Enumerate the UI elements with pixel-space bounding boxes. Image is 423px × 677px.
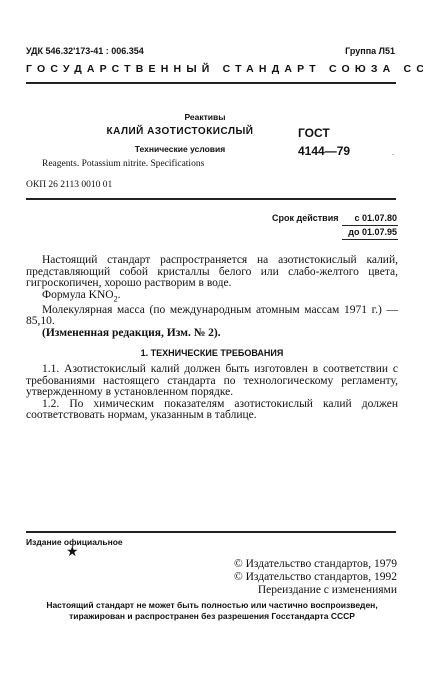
header-divider: [26, 82, 396, 84]
reproduction-notice: Настоящий стандарт не может быть полност…: [26, 600, 398, 622]
footer-divider: [26, 531, 396, 533]
document-subtitle: Технические условия: [90, 144, 270, 154]
validity-rule: [342, 225, 398, 226]
validity-label: Срок действия: [272, 213, 338, 223]
intro-block: Настоящий стандарт распространяется на а…: [26, 255, 398, 339]
validity-to: до 01.07.95: [342, 227, 397, 237]
document-title: КАЛИЙ АЗОТИСТОКИСЛЫЙ: [82, 126, 278, 137]
gost-number: 4144—79: [298, 144, 350, 158]
clause-1-1: 1.1. Азотистокислый калий должен быть из…: [26, 364, 398, 399]
copyright-1992: © Издательство стандартов, 1992: [137, 571, 397, 584]
standard-banner: ГОСУДАРСТВЕННЫЙ СТАНДАРТ СОЮЗА ССР: [26, 63, 398, 75]
group-code: Группа Л51: [345, 46, 395, 56]
validity-rule-bottom: [342, 239, 398, 240]
star-icon: ★: [66, 544, 79, 561]
clause-1-2: 1.2. По химическим показателям азотисток…: [26, 399, 398, 422]
udk-code: УДК 546.32'173-41 : 006.354: [26, 46, 144, 56]
scan-mark: -: [392, 150, 394, 158]
notice-line-2: тиражирован и распространен без разрешен…: [26, 611, 398, 622]
title-divider: [26, 198, 396, 200]
section-body: 1.1. Азотистокислый калий должен быть из…: [26, 364, 398, 422]
formula-line: Формула KNO2.: [26, 290, 398, 305]
molecular-mass: Молекулярная масса (по международным ато…: [26, 305, 398, 328]
english-title: Reagents. Potassium nitrite. Specificati…: [42, 159, 204, 169]
validity-from: с 01.07.80: [342, 213, 397, 223]
notice-line-1: Настоящий стандарт не может быть полност…: [26, 600, 398, 611]
reissue-note: Переиздание с изменениями: [137, 584, 397, 597]
amendment-note: (Измененная редакция, Изм. № 2).: [26, 328, 398, 340]
gost-label: ГОСТ: [298, 126, 330, 140]
copyright-1979: © Издательство стандартов, 1979: [137, 558, 397, 571]
intro-paragraph: Настоящий стандарт распространяется на а…: [26, 255, 398, 290]
section-heading: 1. ТЕХНИЧЕСКИЕ ТРЕБОВАНИЯ: [26, 348, 398, 358]
formula-label: Формула: [42, 289, 86, 301]
category-label: Реактивы: [130, 112, 280, 122]
formula: KNO: [89, 289, 114, 301]
okp-code: ОКП 26 2113 0010 01: [26, 180, 112, 190]
formula-subscript: 2: [114, 294, 118, 303]
